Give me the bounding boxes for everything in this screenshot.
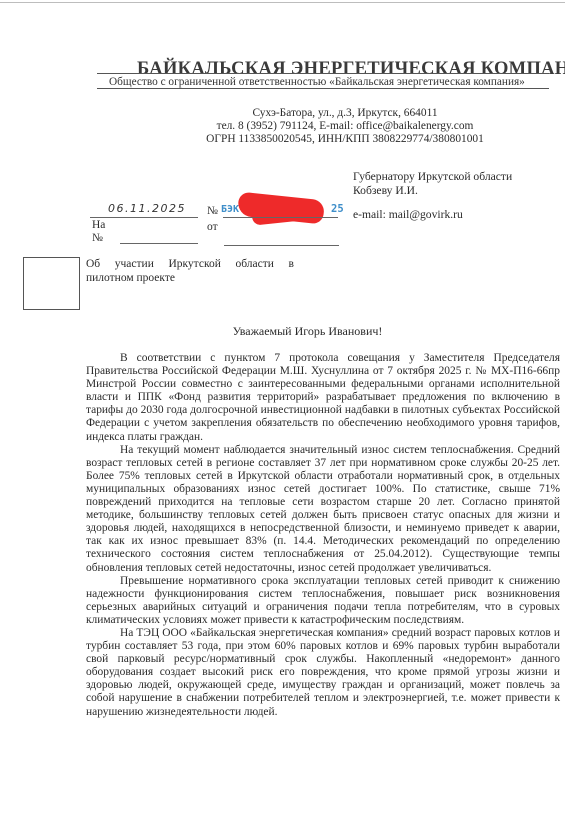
subject-word: участии xyxy=(115,258,154,272)
reply-to-label: На xyxy=(92,219,105,231)
body-paragraph: На текущий момент наблюдается значительн… xyxy=(86,444,560,575)
subject-word: в xyxy=(289,258,294,272)
outgoing-number-prefix: БЭК xyxy=(221,204,239,215)
registration-stamp-box xyxy=(23,257,80,310)
subject-word: области xyxy=(235,258,273,272)
letterhead-rule-bottom xyxy=(97,88,549,89)
company-contacts: тел. 8 (3952) 791124, E-mail: office@bai… xyxy=(180,120,510,132)
letter-greeting: Уважаемый Игорь Иванович! xyxy=(0,324,565,339)
subject-word: Об xyxy=(86,258,100,272)
recipient-name: Кобзеву И.И. xyxy=(353,184,418,197)
body-paragraph: В соответствии с пунктом 7 протокола сов… xyxy=(86,352,560,444)
company-full-name: Общество с ограниченной ответственностью… xyxy=(109,76,525,88)
outgoing-date-handwritten: 06.11.2025 xyxy=(108,202,186,215)
letter-body: В соответствии с пунктом 7 протокола сов… xyxy=(86,352,560,719)
outgoing-number-label: № xyxy=(207,205,218,217)
subject-word: Иркутской xyxy=(168,258,220,272)
page-top-edge xyxy=(0,2,565,3)
letter-subject: Об участии Иркутской области в пилотном … xyxy=(86,258,296,285)
recipient-email: e-mail: mail@govirk.ru xyxy=(353,208,463,221)
recipient-position: Губернатору Иркутской области xyxy=(353,170,512,183)
reply-number-label: № xyxy=(92,232,103,244)
reply-date-line xyxy=(224,245,339,246)
company-registration: ОГРН 1133850020545, ИНН/КПП 3808229774/3… xyxy=(180,133,510,145)
subject-line-1: Об участии Иркутской области в xyxy=(86,258,294,272)
reply-from-label: от xyxy=(207,221,218,233)
reply-number-line xyxy=(120,243,198,244)
subject-line-2: пилотном проекте xyxy=(86,272,296,286)
company-address: Сухэ-Батора, ул., д.3, Иркутск, 664011 xyxy=(180,107,510,119)
letterhead-rule-top xyxy=(97,73,549,74)
body-paragraph: Превышение нормативного срока эксплуатац… xyxy=(86,575,560,627)
outgoing-number-suffix: 25 xyxy=(331,203,344,215)
date-line xyxy=(90,217,198,218)
body-paragraph: На ТЭЦ ООО «Байкальская энергетическая к… xyxy=(86,627,560,719)
number-line xyxy=(223,217,338,218)
